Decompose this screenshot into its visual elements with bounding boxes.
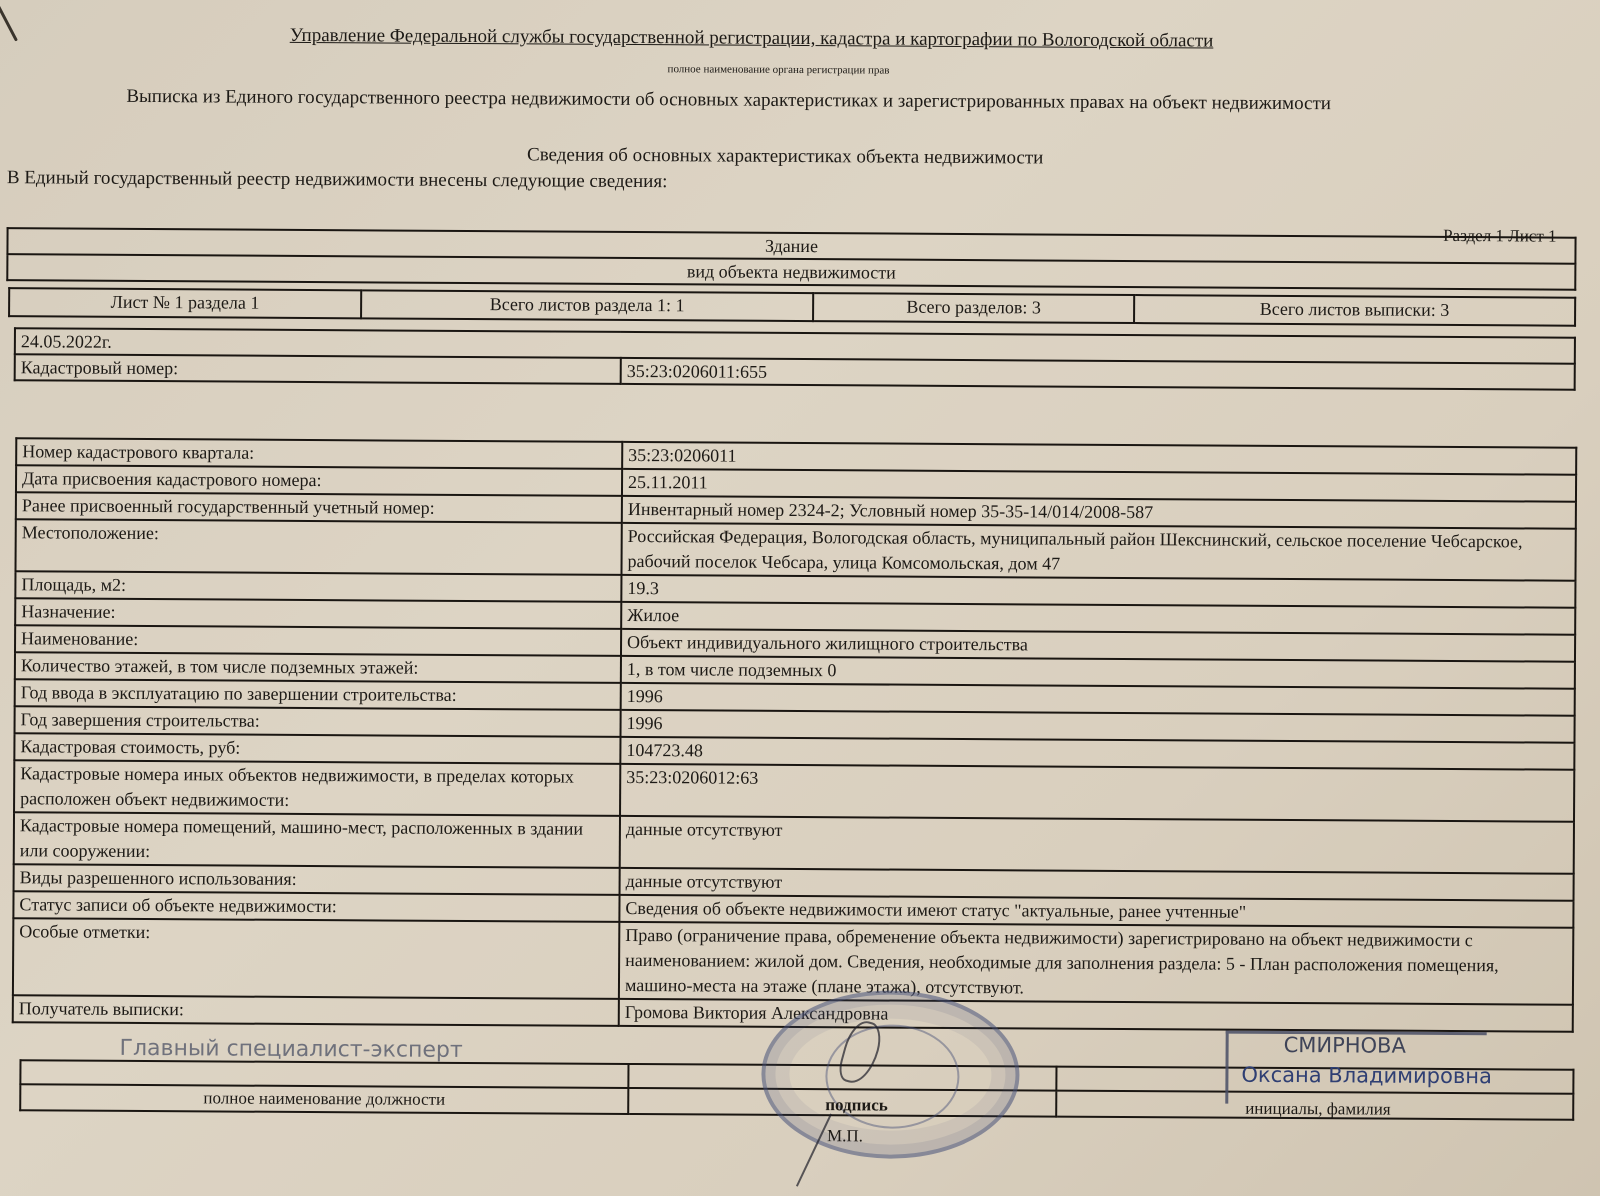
- total-sheets-extract: Всего листов выписки: 3: [1134, 295, 1575, 326]
- row-label: Статус записи об объекте недвижимости:: [13, 891, 619, 922]
- organization-name: Управление Федеральной службы государств…: [290, 25, 1214, 53]
- table-row: Местоположение:Российская Федерация, Вол…: [15, 519, 1575, 581]
- extract-document: Управление Федеральной службы государств…: [0, 0, 1600, 1196]
- object-kind-table: Здание вид объекта недвижимости: [6, 227, 1576, 291]
- row-label: Виды разрешенного использования:: [14, 864, 620, 895]
- initials-caption: инициалы, фамилия: [1245, 1099, 1391, 1120]
- position-stamp: Главный специалист-эксперт: [120, 1036, 463, 1063]
- organization-caption: полное наименование органа регистрации п…: [668, 63, 890, 76]
- row-value: 35:23:0206012:63: [620, 764, 1574, 822]
- table-row: Кадастровые номера помещений, машино-мес…: [14, 812, 1574, 874]
- row-label: Получатель выписки:: [13, 995, 619, 1026]
- cadastral-number-value: 35:23:0206011:655: [621, 358, 1575, 390]
- row-label: Ранее присвоенный государственный учетны…: [16, 492, 622, 523]
- signature-caption: подпись: [825, 1095, 888, 1115]
- section-title: Сведения об основных характеристиках объ…: [527, 144, 1043, 169]
- pen-mark: [0, 5, 18, 42]
- row-value: Право (ограничение права, обременение об…: [619, 922, 1573, 1005]
- row-label: Дата присвоения кадастрового номера:: [16, 465, 622, 496]
- row-label: Кадастровые номера помещений, машино-мес…: [14, 812, 620, 868]
- name-stamp-surname: СМИРНОВА: [1284, 1033, 1406, 1058]
- position-cell: [20, 1060, 628, 1088]
- row-label: Особые отметки:: [13, 918, 619, 999]
- row-label: Год завершения строительства:: [15, 706, 621, 737]
- row-value: Российская Федерация, Вологодская област…: [621, 523, 1575, 581]
- row-label: Номер кадастрового квартала:: [16, 438, 622, 469]
- sheets-table: Лист № 1 раздела 1 Всего листов раздела …: [8, 287, 1576, 327]
- row-value: Громова Виктория Александровна: [619, 999, 1573, 1032]
- row-label: Наименование:: [15, 625, 621, 656]
- row-label: Кадастровые номера иных объектов недвижи…: [14, 760, 620, 816]
- name-stamp-given: Оксана Владимировна: [1241, 1063, 1492, 1089]
- position-caption: полное наименование должности: [20, 1084, 628, 1114]
- row-value: данные отсутствуют: [620, 816, 1574, 874]
- row-label: Кадастровая стоимость, руб:: [14, 733, 620, 764]
- characteristics-table: Номер кадастрового квартала:35:23:020601…: [12, 437, 1578, 1033]
- row-label: Площадь, м2:: [15, 571, 621, 602]
- table-row: Кадастровые номера иных объектов недвижи…: [14, 760, 1574, 822]
- table-row: Особые отметки:Право (ограничение права,…: [13, 918, 1573, 1005]
- row-label: Местоположение:: [15, 519, 621, 575]
- seal-caption: М.П.: [827, 1126, 863, 1146]
- total-sheets-section: Всего листов раздела 1: 1: [361, 290, 814, 321]
- document-title: Выписка из Единого государственного реес…: [126, 86, 1331, 115]
- row-label: Назначение:: [15, 598, 621, 629]
- head-table: 24.05.2022г. Кадастровый номер: 35:23:02…: [14, 327, 1576, 391]
- row-label: Год ввода в эксплуатацию по завершении с…: [15, 679, 621, 710]
- official-seal-icon: [761, 990, 1020, 1160]
- total-sections: Всего разделов: 3: [813, 293, 1134, 323]
- row-label: Количество этажей, в том числе подземных…: [15, 652, 621, 683]
- intro-text: В Единый государственный реестр недвижим…: [7, 167, 668, 193]
- sheet-number: Лист № 1 раздела 1: [9, 288, 361, 318]
- cadastral-number-label: Кадастровый номер:: [15, 354, 621, 384]
